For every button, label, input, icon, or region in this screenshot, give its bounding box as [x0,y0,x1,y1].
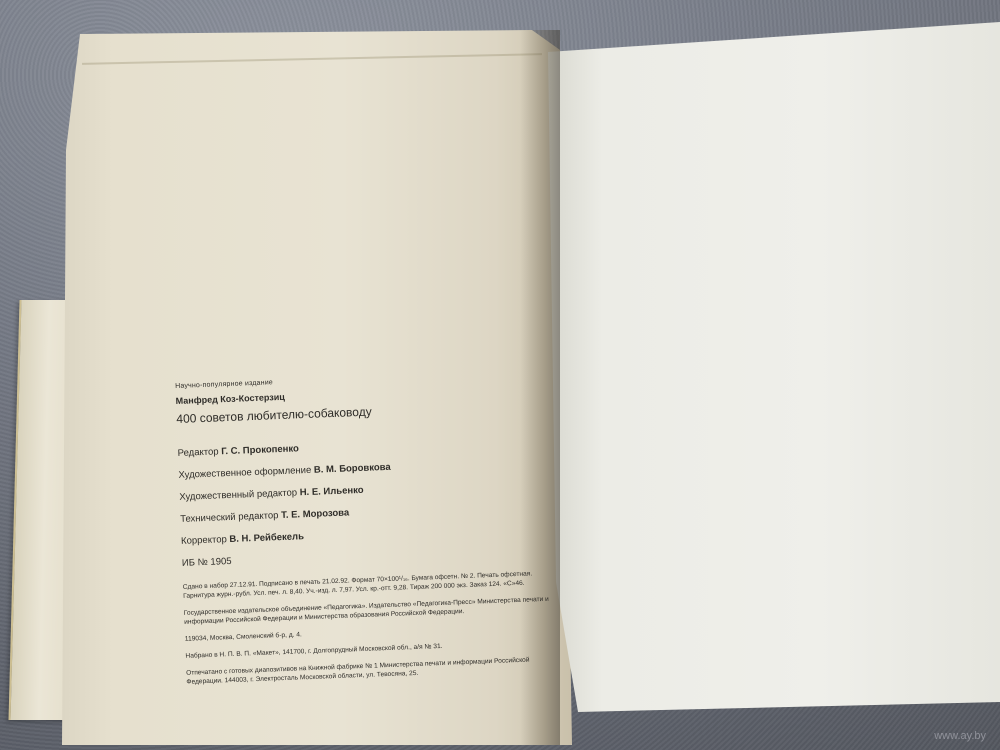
credit-name: Г. С. Прокопенко [221,443,299,457]
credit-design: Художественное оформление В. М. Боровков… [178,455,558,481]
credit-proofreader: Корректор В. Н. Рейбекель [181,521,561,547]
credit-name: Т. Е. Морозова [281,507,349,521]
printing-info: Отпечатано с готовых диапозитивов на Кни… [186,654,566,687]
credit-tech-editor: Технический редактор Т. Е. Морозова [180,499,560,525]
credit-role: Художественный редактор [179,487,297,503]
credit-role: Художественное оформление [178,465,311,481]
credit-art-editor: Художественный редактор Н. Е. Ильенко [179,477,559,503]
watermark: www.ay.by [934,730,986,742]
credit-name: Н. Е. Ильенко [300,485,364,498]
credit-role: Редактор [177,446,218,459]
right-page-blank [548,22,1000,712]
page-fold-line [82,53,542,65]
ib-number: ИБ № 1905 [182,543,562,569]
credit-editor: Редактор Г. С. Прокопенко [177,433,557,459]
credit-role: Корректор [181,534,227,547]
credit-name: В. М. Боровкова [314,462,391,476]
credit-role: Технический редактор [180,510,279,525]
colophon: Научно-популярное издание Манфред Коз-Ко… [175,368,567,694]
credit-name: В. Н. Рейбекель [229,531,304,545]
